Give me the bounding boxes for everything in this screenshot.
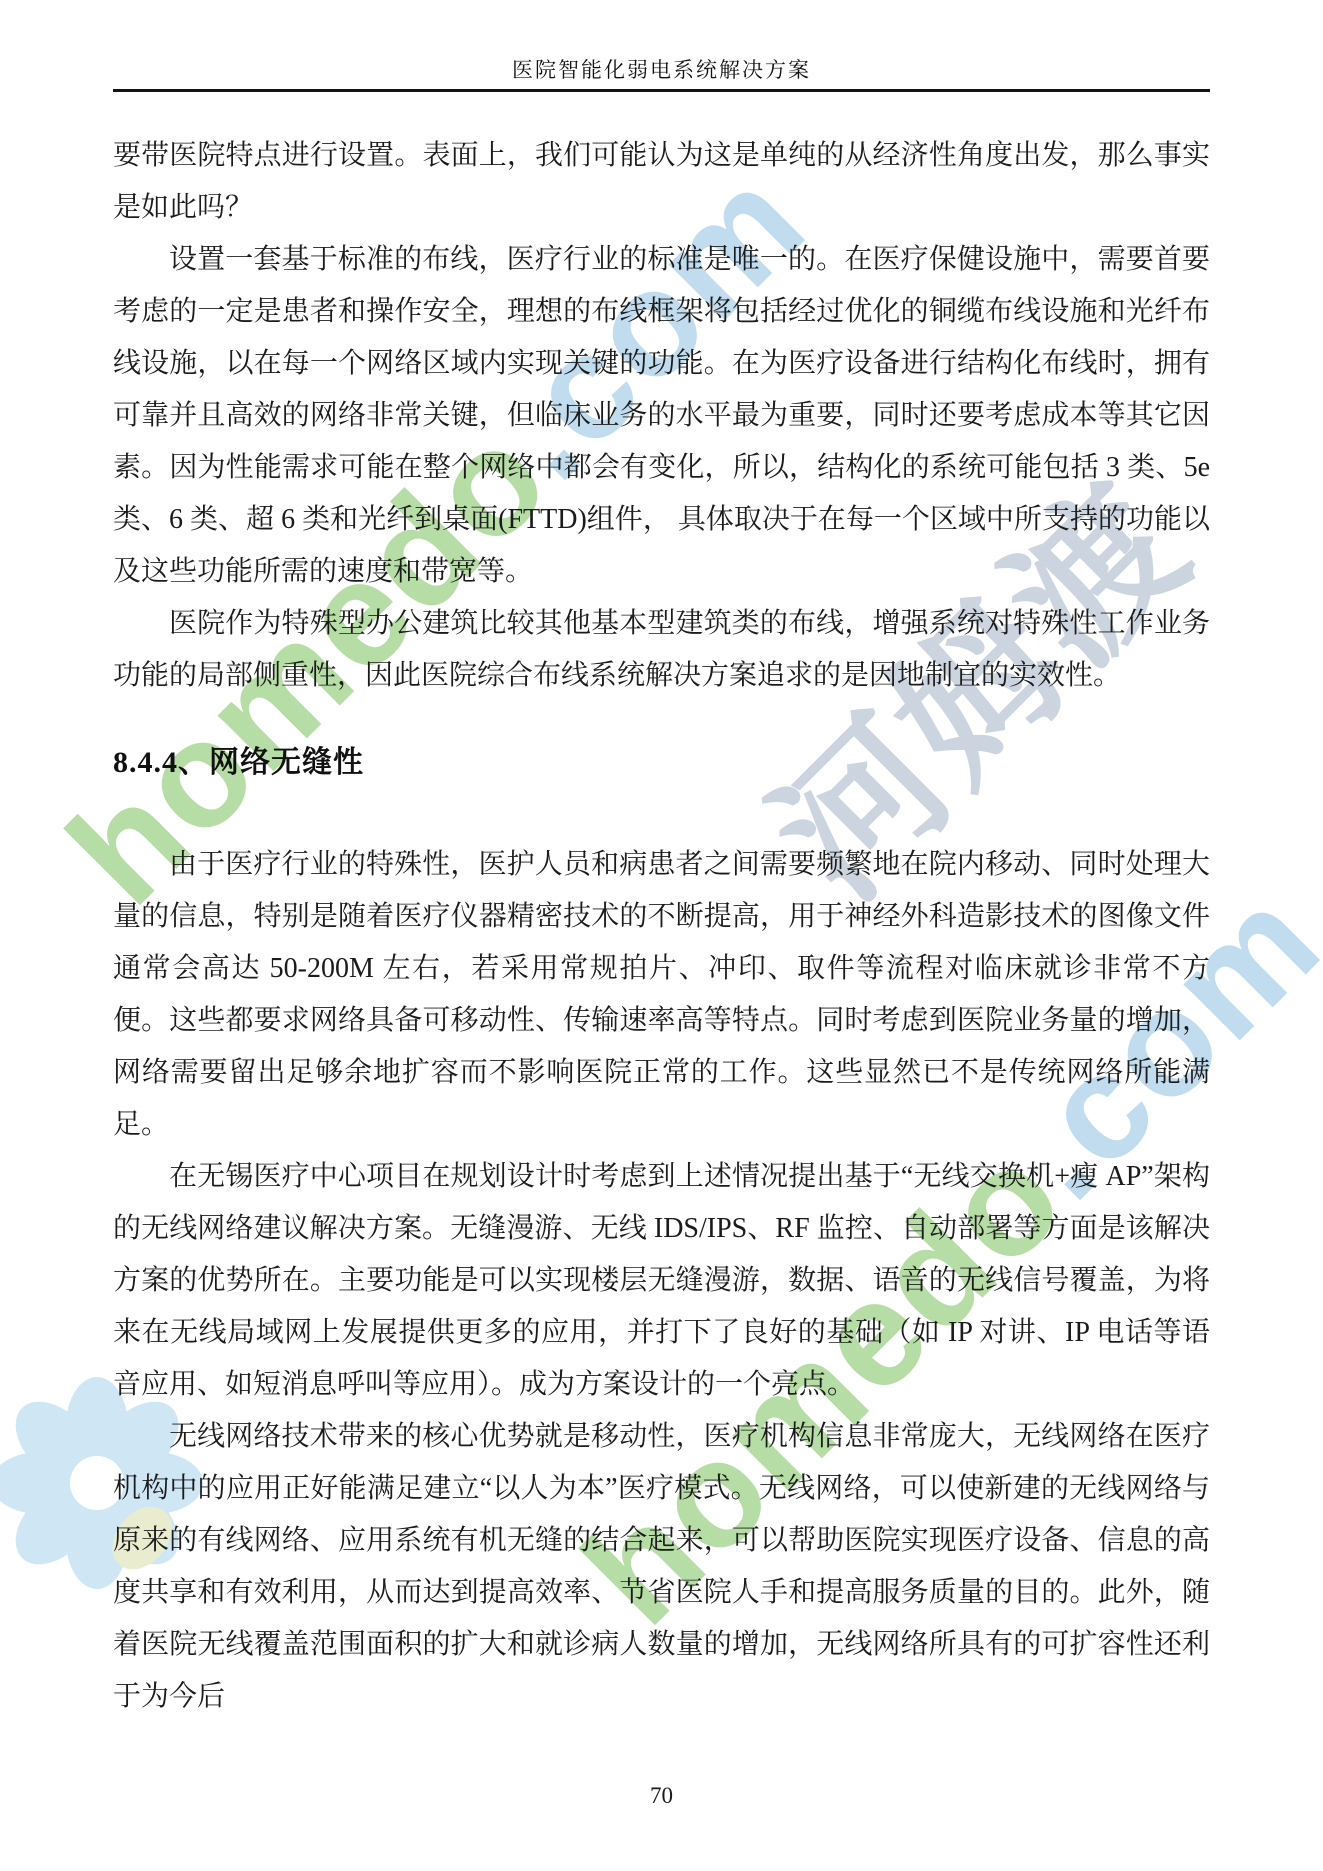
paragraph: 设置一套基于标准的布线，医疗行业的标准是唯一的。在医疗保健设施中，需要首要考虑的… <box>113 234 1210 598</box>
paragraph: 无线网络技术带来的核心优势就是移动性，医疗机构信息非常庞大，无线网络在医疗机构中… <box>113 1411 1210 1723</box>
document-page: homedo.com 河姆渡 homedo.com 医院智能化弱电 <box>0 0 1323 1871</box>
paragraph: 医院作为特殊型办公建筑比较其他基本型建筑类的布线，增强系统对特殊性工作业务功能的… <box>113 598 1210 702</box>
paragraph-continuation: 要带医院特点进行设置。表面上，我们可能认为这是单纯的从经济性角度出发，那么事实是… <box>113 130 1210 234</box>
header-title: 医院智能化弱电系统解决方案 <box>512 54 811 84</box>
section-heading-8-4-4: 8.4.4、网络无缝性 <box>113 742 1210 784</box>
page-header: 医院智能化弱电系统解决方案 <box>113 0 1210 92</box>
page-number: 70 <box>650 1783 673 1808</box>
paragraph: 由于医疗行业的特殊性，医护人员和病患者之间需要频繁地在院内移动、同时处理大量的信… <box>113 839 1210 1151</box>
paragraph: 在无锡医疗中心项目在规划设计时考虑到上述情况提出基于“无线交换机+瘦 AP”架构… <box>113 1151 1210 1411</box>
page-footer: 70 <box>0 1783 1323 1809</box>
document-body: 要带医院特点进行设置。表面上，我们可能认为这是单纯的从经济性角度出发，那么事实是… <box>113 130 1210 1723</box>
